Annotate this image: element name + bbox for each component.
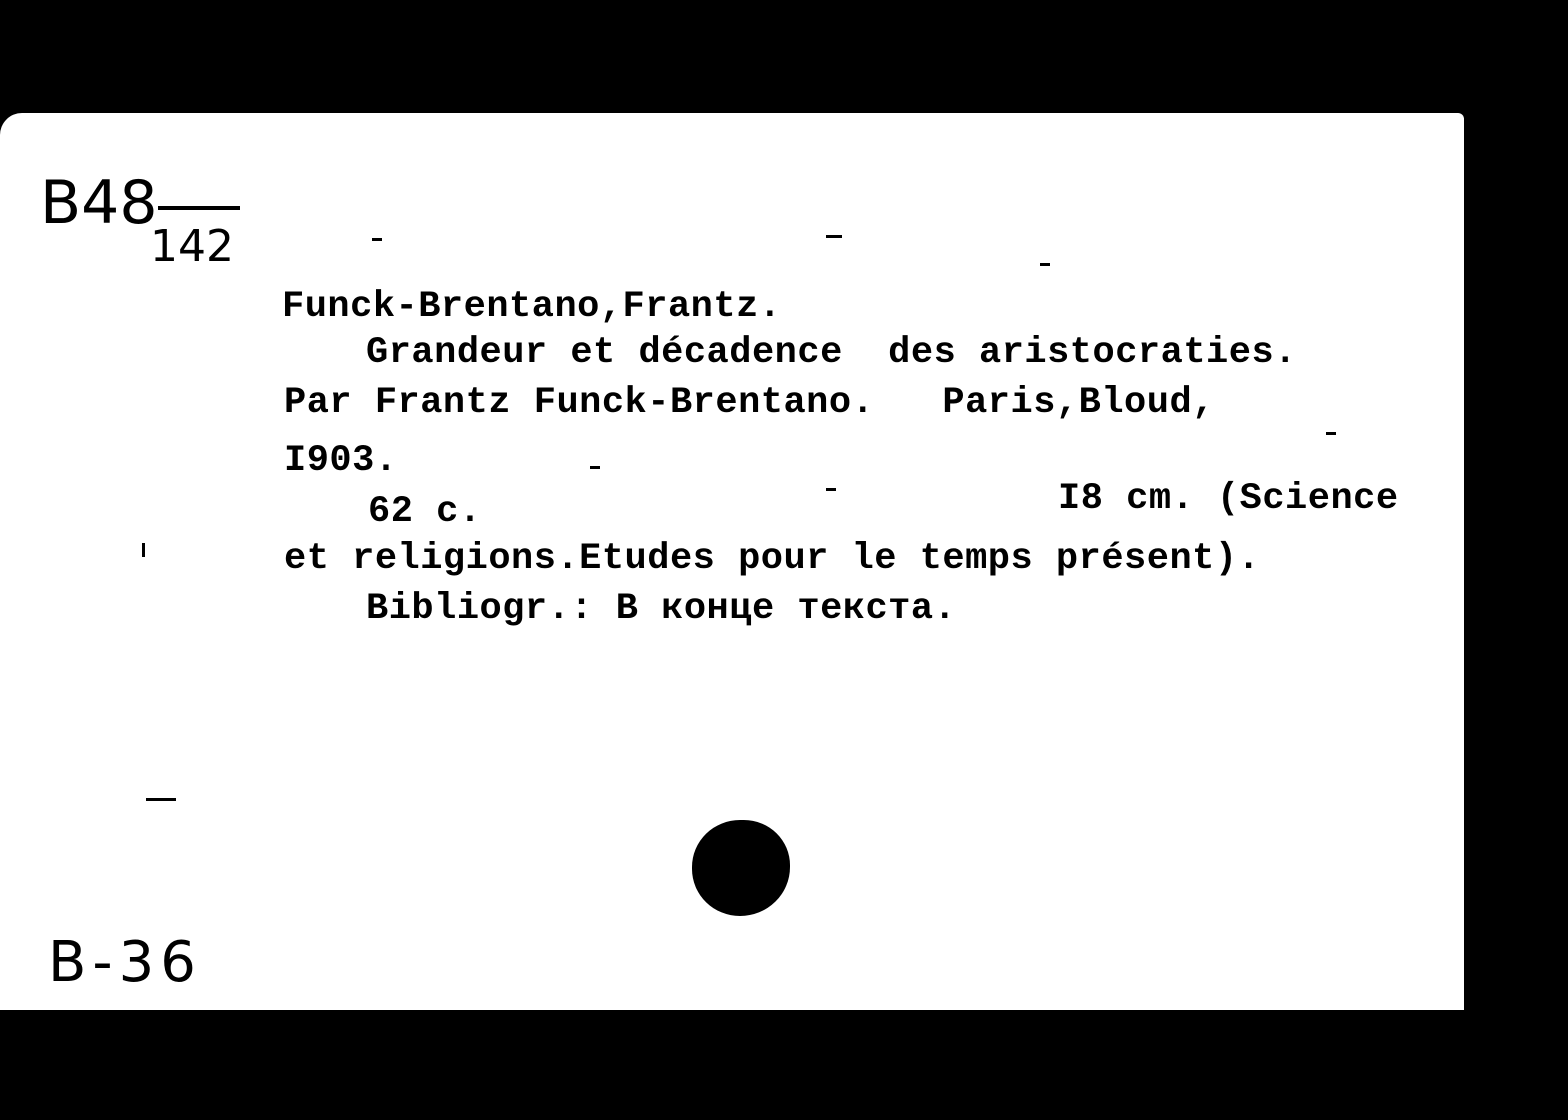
speck: [1326, 432, 1336, 435]
speck: [1040, 263, 1050, 266]
author-heading: Funck-Brentano,Frantz.: [282, 289, 781, 326]
title-line: Grandeur et décadence des aristocraties.: [366, 335, 1297, 372]
pagination: 62 c.: [368, 494, 482, 531]
catalog-card: B48 142 Funck-Brentano,Frantz. Grandeur …: [0, 113, 1464, 1010]
speck: [826, 235, 842, 238]
punch-hole: [692, 820, 790, 916]
responsibility-publication-line: Par Frantz Funck-Brentano. Paris,Bloud,: [284, 385, 1215, 422]
bibliography-note: Bibliogr.: В конце текста.: [366, 591, 956, 628]
speck: [142, 543, 145, 557]
dimensions-series-start: I8 cm. (Science: [1058, 481, 1399, 518]
speck: [590, 466, 600, 469]
speck: [372, 238, 382, 241]
series-line: et religions.Etudes pour le temps présen…: [284, 541, 1260, 578]
publication-year: I903.: [284, 443, 398, 480]
call-number-divider: [158, 206, 240, 210]
inventory-mark: B-36: [48, 935, 202, 991]
call-number-shelf: B48: [40, 173, 158, 233]
call-number-item: 142: [150, 225, 234, 269]
speck: [146, 798, 176, 801]
speck: [826, 488, 836, 491]
